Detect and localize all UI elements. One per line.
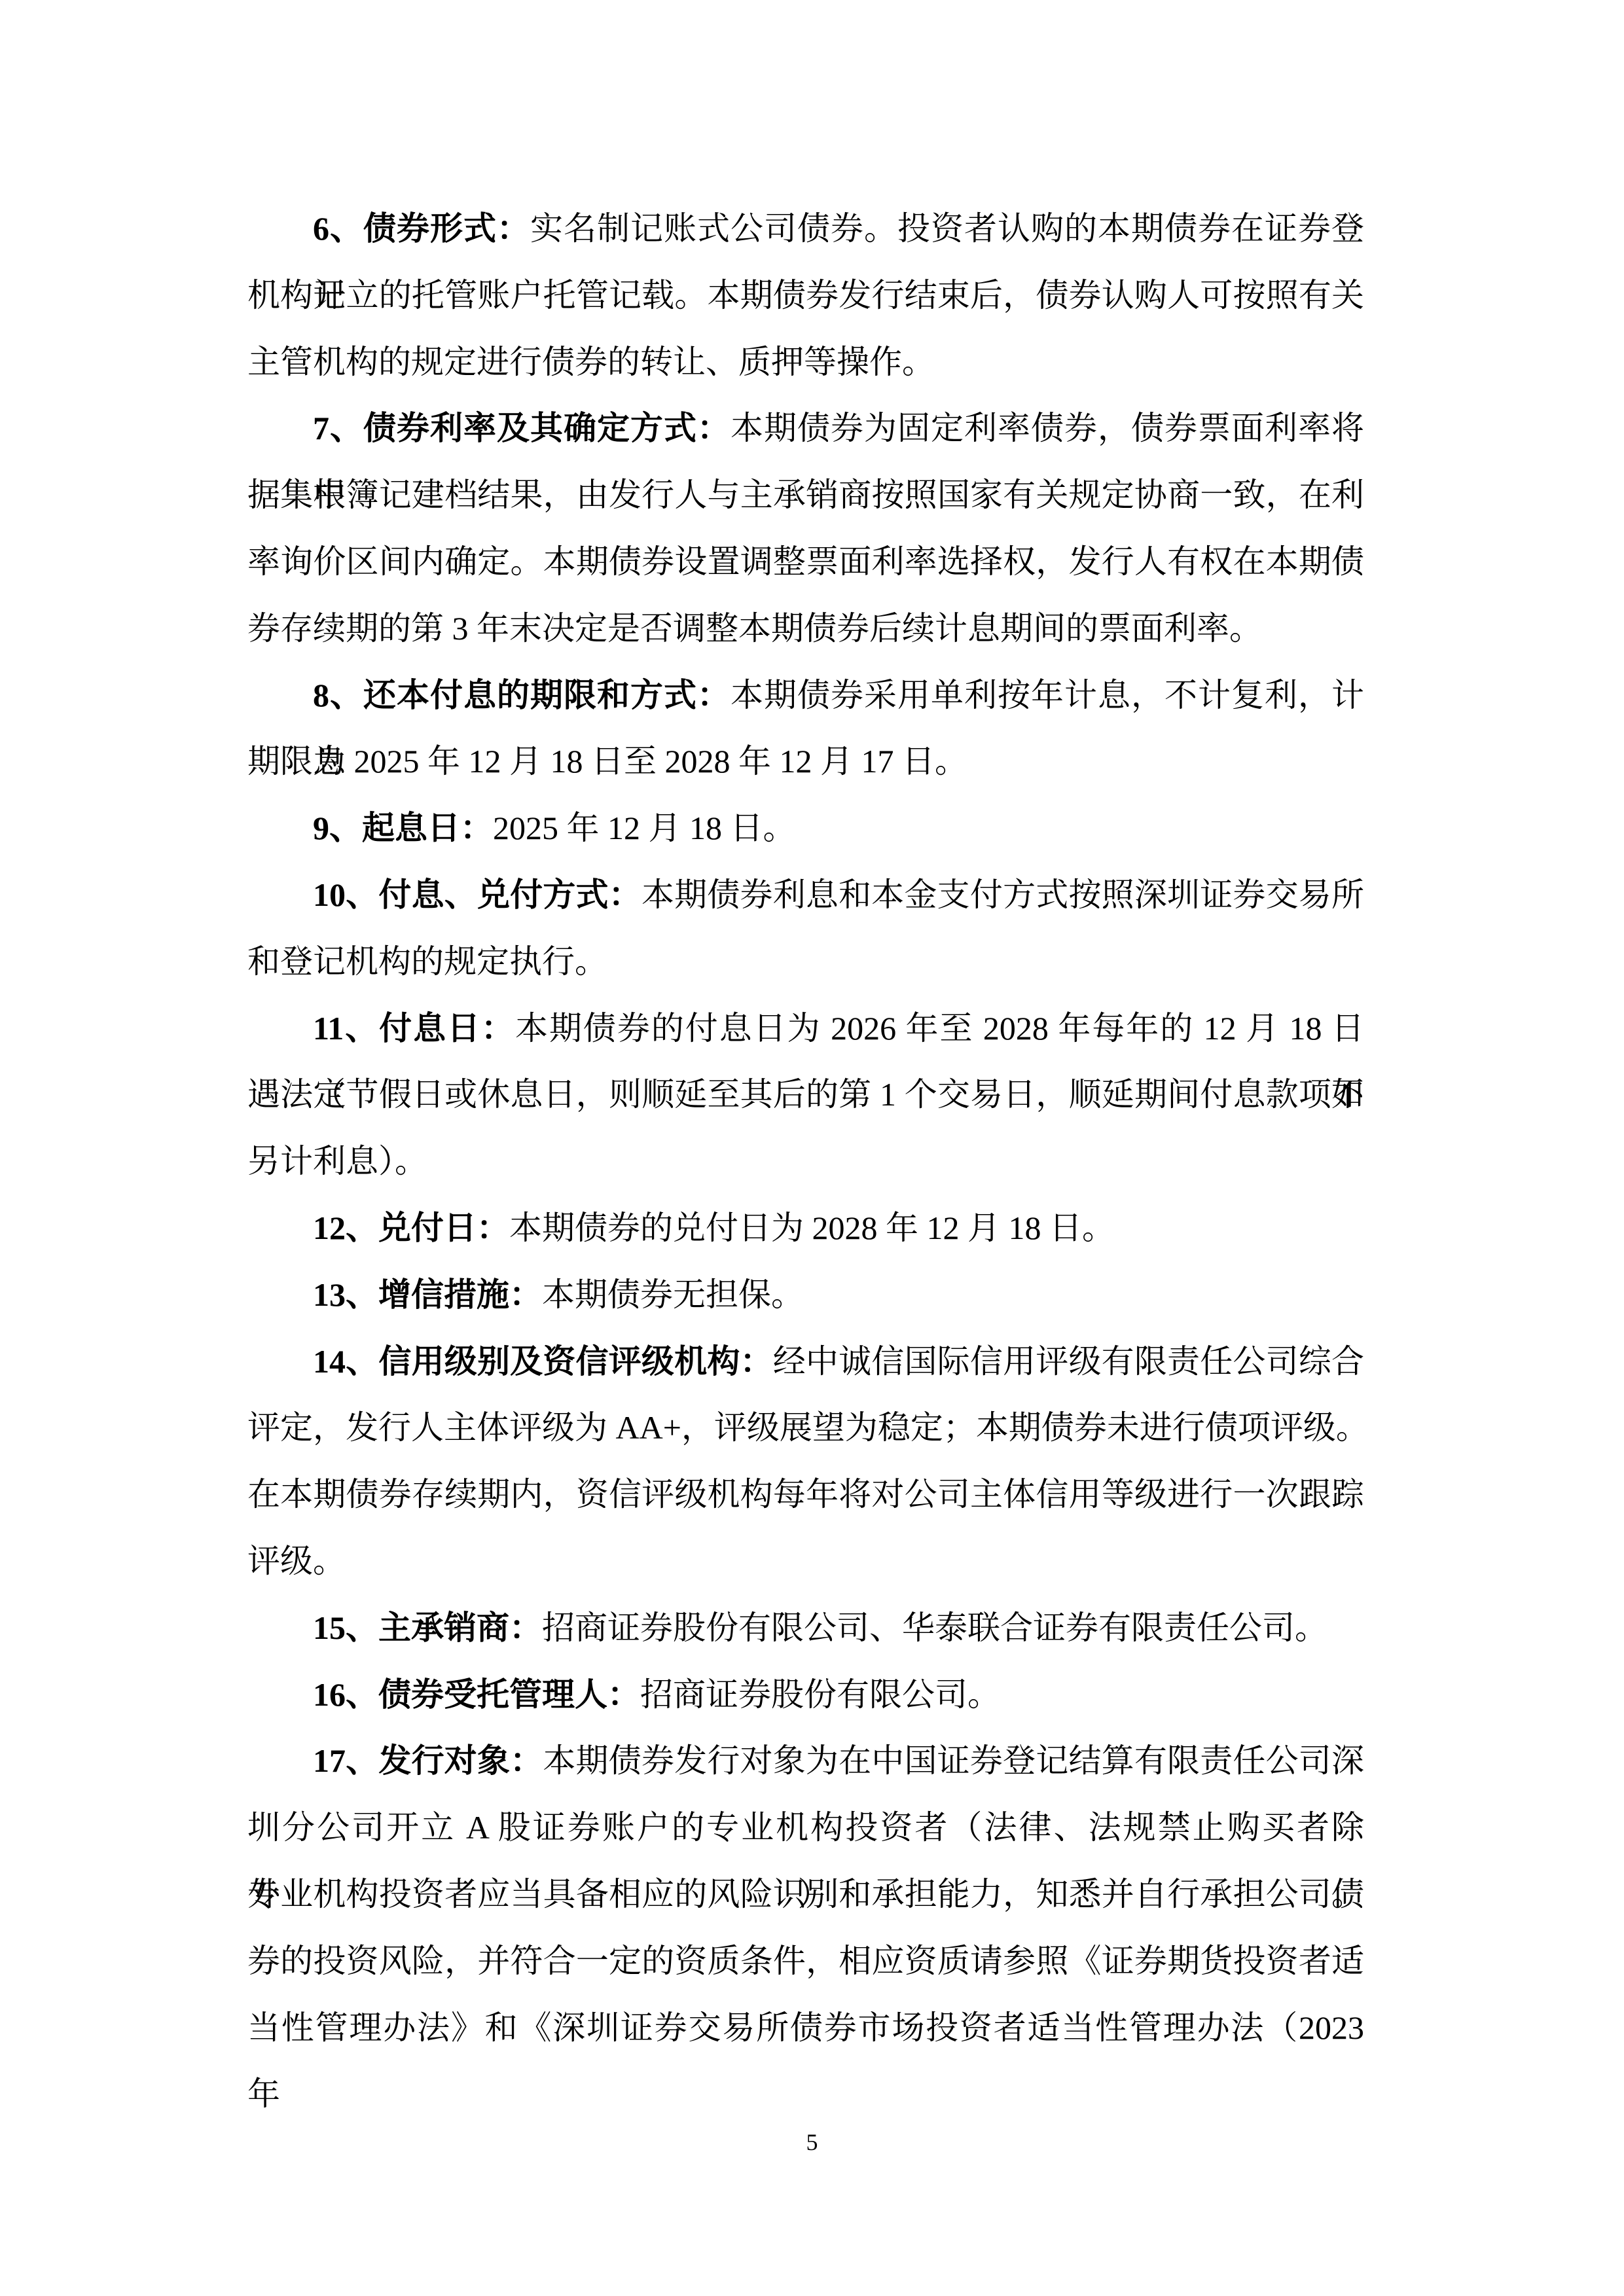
section-line: 遇法定节假日或休息日，则顺延至其后的第 1 个交易日，顺延期间付息款项不 (247, 1062, 1364, 1128)
section-line: 12、兑付日：本期债券的兑付日为 2028 年 12 月 18 日。 (247, 1195, 1364, 1262)
document-body: 6、债券形式：实名制记账式公司债券。投资者认购的本期债券在证券登记 机构开立的托… (247, 196, 1364, 2061)
section-label: 7、债券利率及其确定方式： (313, 410, 731, 446)
section-credit-enhancement: 13、增信措施：本期债券无担保。 (247, 1262, 1364, 1329)
section-text: 本期债券发行对象为在中国证券登记结算有限责任公司深 (543, 1742, 1364, 1779)
section-text: 本期债券利息和本金支付方式按照深圳证券交易所 (641, 876, 1364, 913)
section-line: 13、增信措施：本期债券无担保。 (247, 1262, 1364, 1329)
section-label: 8、还本付息的期限和方式： (313, 677, 731, 713)
section-bond-form: 6、债券形式：实名制记账式公司债券。投资者认购的本期债券在证券登记 机构开立的托… (247, 196, 1364, 395)
section-label: 17、发行对象： (313, 1742, 543, 1779)
section-issuance-target: 17、发行对象：本期债券发行对象为在中国证券登记结算有限责任公司深 圳分公司开立… (247, 1728, 1364, 2061)
section-text: 本期债券的兑付日为 2028 年 12 月 18 日。 (509, 1210, 1115, 1246)
section-line: 8、还本付息的期限和方式：本期债券采用单利按年计息，不计复利，计息 (247, 662, 1364, 729)
section-line: 主管机构的规定进行债券的转让、质押等操作。 (247, 329, 1364, 396)
section-line: 7、债券利率及其确定方式：本期债券为固定利率债券，债券票面利率将根 (247, 395, 1364, 462)
section-line: 在本期债券存续期内，资信评级机构每年将对公司主体信用等级进行一次跟踪 (247, 1462, 1364, 1528)
section-line: 和登记机构的规定执行。 (247, 929, 1364, 996)
section-line: 9、起息日：2025 年 12 月 18 日。 (247, 795, 1364, 862)
section-credit-rating: 14、信用级别及资信评级机构：经中诚信国际信用评级有限责任公司综合 评定，发行人… (247, 1329, 1364, 1595)
section-line: 据集中簿记建档结果，由发行人与主承销商按照国家有关规定协商一致，在利 (247, 462, 1364, 529)
section-text: 2025 年 12 月 18 日。 (493, 810, 796, 846)
section-label: 11、付息日： (313, 1010, 515, 1047)
section-line: 6、债券形式：实名制记账式公司债券。投资者认购的本期债券在证券登记 (247, 196, 1364, 262)
section-text: 经中诚信国际信用评级有限责任公司综合 (773, 1343, 1364, 1380)
section-line: 另计利息）。 (247, 1128, 1364, 1195)
page-number: 5 (0, 2126, 1624, 2159)
document-page: 6、债券形式：实名制记账式公司债券。投资者认购的本期债券在证券登记 机构开立的托… (0, 0, 1624, 2296)
section-line: 评级。 (247, 1528, 1364, 1595)
section-interest-payment-date: 11、付息日：本期债券的付息日为 2026 年至 2028 年每年的 12 月 … (247, 996, 1364, 1195)
section-line: 11、付息日：本期债券的付息日为 2026 年至 2028 年每年的 12 月 … (247, 996, 1364, 1062)
section-label: 15、主承销商： (313, 1609, 542, 1646)
section-line: 16、债券受托管理人：招商证券股份有限公司。 (247, 1662, 1364, 1729)
section-line: 券存续期的第 3 年末决定是否调整本期债券后续计息期间的票面利率。 (247, 596, 1364, 662)
section-line: 15、主承销商：招商证券股份有限公司、华泰联合证券有限责任公司。 (247, 1595, 1364, 1662)
section-label: 14、信用级别及资信评级机构： (313, 1343, 773, 1380)
section-line: 期限为 2025 年 12 月 18 日至 2028 年 12 月 17 日。 (247, 728, 1364, 795)
section-text: 招商证券股份有限公司、华泰联合证券有限责任公司。 (542, 1609, 1327, 1646)
section-label: 12、兑付日： (313, 1210, 509, 1246)
section-line: 券的投资风险，并符合一定的资质条件，相应资质请参照《证券期货投资者适 (247, 1928, 1364, 1995)
section-payment-method: 10、付息、兑付方式：本期债券利息和本金支付方式按照深圳证券交易所 和登记机构的… (247, 862, 1364, 996)
section-label: 16、债券受托管理人： (313, 1676, 640, 1713)
section-text: 招商证券股份有限公司。 (640, 1676, 1000, 1713)
section-text: 本期债券无担保。 (542, 1276, 804, 1313)
section-line: 17、发行对象：本期债券发行对象为在中国证券登记结算有限责任公司深 (247, 1728, 1364, 1795)
section-line: 评定，发行人主体评级为 AA+，评级展望为稳定；本期债券未进行债项评级。 (247, 1395, 1364, 1462)
section-repayment-term: 8、还本付息的期限和方式：本期债券采用单利按年计息，不计复利，计息 期限为 20… (247, 662, 1364, 796)
section-label: 13、增信措施： (313, 1276, 542, 1313)
section-line: 圳分公司开立 A 股证券账户的专业机构投资者（法律、法规禁止购买者除外）。 (247, 1795, 1364, 1861)
section-label: 9、起息日： (313, 810, 493, 846)
section-line: 14、信用级别及资信评级机构：经中诚信国际信用评级有限责任公司综合 (247, 1329, 1364, 1395)
section-line: 率询价区间内确定。本期债券设置调整票面利率选择权，发行人有权在本期债 (247, 529, 1364, 596)
section-line: 当性管理办法》和《深圳证券交易所债券市场投资者适当性管理办法（2023 年 (247, 1995, 1364, 2062)
section-interest-rate: 7、债券利率及其确定方式：本期债券为固定利率债券，债券票面利率将根 据集中簿记建… (247, 395, 1364, 662)
section-label: 6、债券形式： (313, 210, 530, 247)
section-lead-underwriter: 15、主承销商：招商证券股份有限公司、华泰联合证券有限责任公司。 (247, 1595, 1364, 1662)
section-label: 10、付息、兑付方式： (313, 876, 641, 913)
section-line: 专业机构投资者应当具备相应的风险识别和承担能力，知悉并自行承担公司债 (247, 1861, 1364, 1928)
section-line: 10、付息、兑付方式：本期债券利息和本金支付方式按照深圳证券交易所 (247, 862, 1364, 929)
section-trustee: 16、债券受托管理人：招商证券股份有限公司。 (247, 1662, 1364, 1729)
section-value-date: 9、起息日：2025 年 12 月 18 日。 (247, 795, 1364, 862)
section-line: 机构开立的托管账户托管记载。本期债券发行结束后，债券认购人可按照有关 (247, 262, 1364, 329)
section-redemption-date: 12、兑付日：本期债券的兑付日为 2028 年 12 月 18 日。 (247, 1195, 1364, 1262)
